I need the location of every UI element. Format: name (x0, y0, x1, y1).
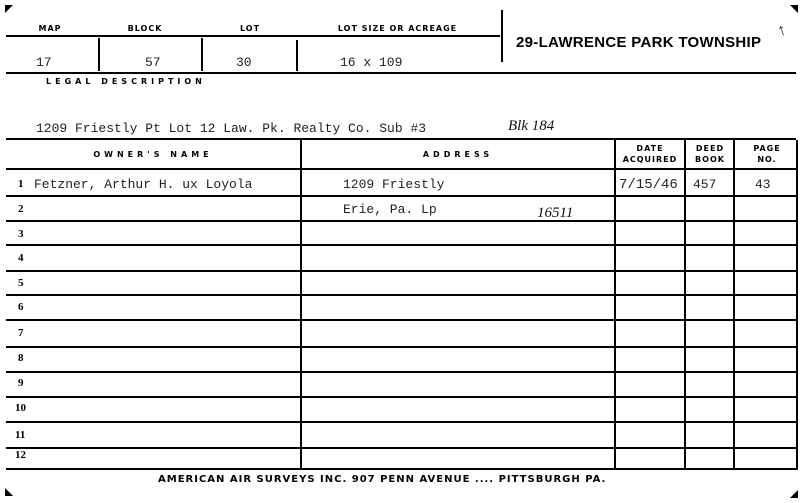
row-rule-12 (6, 468, 796, 470)
lot-size-label: LOT SIZE OR ACREAGE (330, 24, 465, 33)
row-rule-11 (6, 447, 796, 449)
row-rule-8 (6, 371, 796, 373)
row-number-12: 12 (15, 449, 26, 461)
row-number-6: 6 (18, 301, 24, 313)
corner-mark-bottom-right (790, 490, 798, 498)
row-rule-10 (6, 421, 796, 423)
lot-label: LOT (225, 24, 275, 33)
row-1-address: 1209 Friestly (343, 177, 444, 192)
row-number-10: 10 (15, 402, 26, 414)
corner-mark-top-left (5, 5, 13, 13)
date-acquired-header-line1: DATE (616, 144, 684, 153)
row-1-date-acquired: 7/15/46 (619, 177, 678, 193)
township-title: 29-LAWRENCE PARK TOWNSHIP (516, 34, 761, 51)
row-1-owner-name: Fetzner, Arthur H. ux Loyola (34, 177, 252, 192)
row-2-address-zip-handwritten: 16511 (537, 205, 573, 222)
row-number-9: 9 (18, 377, 24, 389)
lot-value: 30 (236, 55, 252, 70)
row-rule-3 (6, 244, 796, 246)
legal-description-rule (6, 138, 796, 140)
deed-book-header-line2: BOOK (686, 155, 734, 164)
header-divider-1 (98, 38, 100, 71)
footer-publisher: AMERICAN AIR SURVEYS INC. 907 PENN AVENU… (158, 474, 606, 485)
deed-book-header-line1: DEED (686, 144, 734, 153)
header-top-rule (6, 35, 500, 37)
row-1-page-no: 43 (755, 177, 771, 192)
corner-check-mark: ↑ (775, 21, 789, 41)
row-number-1: 1 (18, 178, 24, 190)
block-value: 57 (145, 55, 161, 70)
header-divider-3 (296, 40, 298, 71)
table-header-rule (6, 168, 796, 170)
corner-mark-bottom-left (5, 488, 13, 496)
row-number-8: 8 (18, 352, 24, 364)
row-number-5: 5 (18, 277, 24, 289)
owner-name-header: OWNER'S NAME (6, 150, 300, 159)
row-rule-2 (6, 220, 796, 222)
row-rule-1 (6, 195, 796, 197)
row-1-deed-book: 457 (693, 177, 716, 192)
lot-size-value: 16 x 109 (340, 55, 402, 70)
block-label: BLOCK (115, 24, 175, 33)
date-acquired-header-line2: ACQUIRED (616, 155, 684, 164)
corner-mark-top-right (790, 5, 798, 13)
row-rule-5 (6, 294, 796, 296)
page-no-header-line1: PAGE (736, 144, 798, 153)
row-2-address: Erie, Pa. Lp (343, 202, 437, 217)
page-no-header-line2: NO. (736, 155, 798, 164)
legal-description-text: 1209 Friestly Pt Lot 12 Law. Pk. Realty … (36, 121, 426, 136)
row-rule-7 (6, 346, 796, 348)
header-bottom-rule (6, 72, 796, 74)
row-number-2: 2 (18, 203, 24, 215)
table-right-edge (796, 140, 798, 470)
map-label: MAP (20, 24, 80, 33)
header-divider-2 (201, 38, 203, 71)
row-rule-4 (6, 270, 796, 272)
map-value: 17 (36, 55, 52, 70)
row-number-3: 3 (18, 228, 24, 240)
row-rule-6 (6, 319, 796, 321)
address-header: ADDRESS (302, 150, 614, 159)
legal-description-handwritten: Blk 184 (508, 118, 554, 135)
header-divider-title (501, 10, 503, 62)
row-number-4: 4 (18, 252, 24, 264)
legal-description-label: LEGAL DESCRIPTION (46, 77, 206, 86)
row-rule-9 (6, 396, 796, 398)
row-number-7: 7 (18, 327, 24, 339)
row-number-11: 11 (15, 429, 25, 441)
